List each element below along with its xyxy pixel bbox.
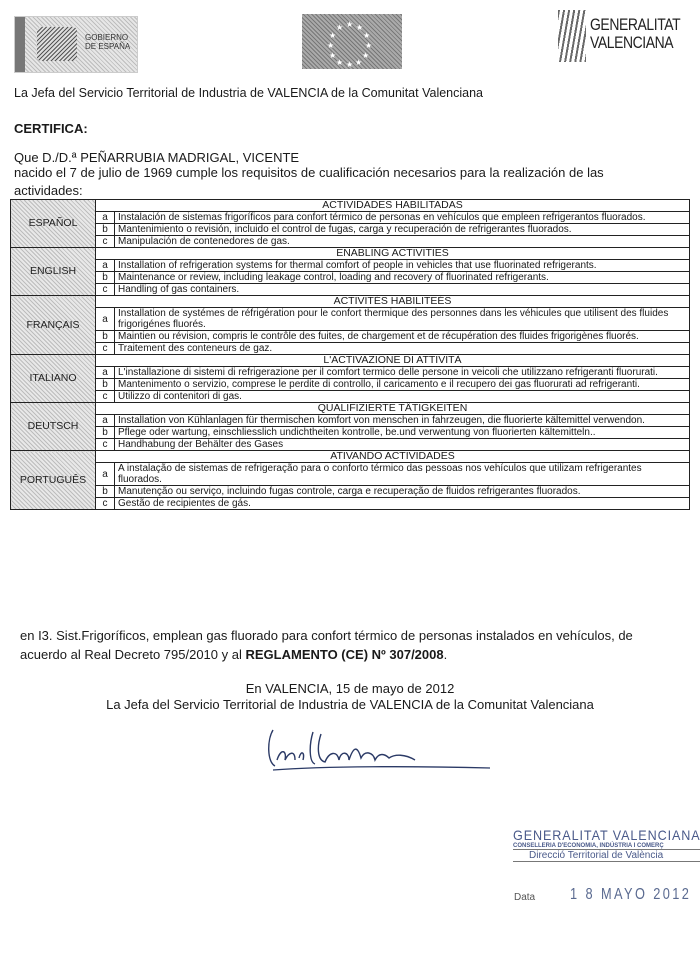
logo-bar xyxy=(15,17,25,72)
section-heading: ENABLING ACTIVITIES xyxy=(96,248,690,260)
holder-line: Que D./D.ª PEÑARRUBIA MADRIGAL, VICENTE xyxy=(14,150,299,165)
section-heading-row: ENGLISHENABLING ACTIVITIES xyxy=(11,248,690,260)
item-text: Instalación de sistemas frigoríficos par… xyxy=(115,212,690,224)
item-text: Gestão de recipientes de gás. xyxy=(115,498,690,510)
section-heading: ACTIVIDADES HABILITADAS xyxy=(96,200,690,212)
item-text: Mantenimiento o revisión, incluido el co… xyxy=(115,224,690,236)
table-row: cHandhabung der Behälter des Gases xyxy=(11,439,690,451)
gobierno-line2: DE ESPAÑA xyxy=(85,42,130,51)
table-row: aInstallation von Kühlanlagen für thermi… xyxy=(11,415,690,427)
language-label: ITALIANO xyxy=(11,355,96,403)
item-letter: b xyxy=(96,427,115,439)
eu-stars-icon: ★★ ★★ ★★ ★★ ★★ ★★ xyxy=(330,22,370,62)
item-text: Installation von Kühlanlagen für thermis… xyxy=(115,415,690,427)
date-stamp: 1 8 MAYO 2012 xyxy=(570,886,691,904)
item-text: Utilizzo di contenitori di gas. xyxy=(115,391,690,403)
section-heading-row: DEUTSCHQUALIFIZIERTE TÄTIGKEITEN xyxy=(11,403,690,415)
item-letter: c xyxy=(96,284,115,296)
language-label: PORTUGUÊS xyxy=(11,451,96,510)
table-row: cUtilizzo di contenitori di gas. xyxy=(11,391,690,403)
item-letter: c xyxy=(96,343,115,355)
official-stamp: GENERALITAT VALENCIANA CONSELLERIA D'ECO… xyxy=(513,827,700,862)
table-row: cHandling of gas containers. xyxy=(11,284,690,296)
language-label: FRANÇAIS xyxy=(11,296,96,355)
table-row: cManipulación de contenedores de gas. xyxy=(11,236,690,248)
item-text: Traitement des conteneurs de gaz. xyxy=(115,343,690,355)
generalitat-valenciana-logo: GENERALITAT VALENCIANA xyxy=(558,10,688,65)
generalitat-line1: GENERALITAT xyxy=(590,16,680,34)
language-label: ESPAÑOL xyxy=(11,200,96,248)
item-letter: a xyxy=(96,260,115,272)
item-letter: b xyxy=(96,331,115,343)
table-row: aInstallation de systémes de réfrigérati… xyxy=(11,308,690,331)
table-row: bManutenção ou serviço, incluindo fugas … xyxy=(11,486,690,498)
table-row: aA instalação de sistemas de refrigeraçã… xyxy=(11,463,690,486)
place-date: En VALENCIA, 15 de mayo de 2012 xyxy=(0,681,700,696)
eu-flag-logo: ★★ ★★ ★★ ★★ ★★ ★★ xyxy=(302,14,402,69)
stamp-office: Direcció Territorial de València xyxy=(513,849,700,862)
item-letter: a xyxy=(96,367,115,379)
certifica-heading: CERTIFICA: xyxy=(14,121,88,136)
item-letter: c xyxy=(96,391,115,403)
item-letter: b xyxy=(96,272,115,284)
item-letter: b xyxy=(96,224,115,236)
item-letter: c xyxy=(96,236,115,248)
issuer-line: La Jefa del Servicio Territorial de Indu… xyxy=(14,86,483,100)
item-text: Maintenance or review, including leakage… xyxy=(115,272,690,284)
section-heading: QUALIFIZIERTE TÄTIGKEITEN xyxy=(96,403,690,415)
signature xyxy=(265,710,495,775)
table-row: bMaintien ou révision, compris le contrô… xyxy=(11,331,690,343)
item-letter: b xyxy=(96,379,115,391)
item-text: Installation de systémes de réfrigératio… xyxy=(115,308,690,331)
item-letter: b xyxy=(96,486,115,498)
item-letter: c xyxy=(96,439,115,451)
table-row: cTraitement des conteneurs de gaz. xyxy=(11,343,690,355)
table-row: bMaintenance or review, including leakag… xyxy=(11,272,690,284)
table-row: bMantenimento o servizio, comprese le pe… xyxy=(11,379,690,391)
item-letter: a xyxy=(96,463,115,486)
date-label: Data xyxy=(514,892,535,903)
item-text: L'installazione di sistemi di refrigeraz… xyxy=(115,367,690,379)
item-text: Handhabung der Behälter des Gases xyxy=(115,439,690,451)
section-heading: L'ACTIVAZIONE DI ATTIVITÀ xyxy=(96,355,690,367)
gobierno-line1: GOBIERNO xyxy=(85,33,130,42)
section-heading-row: PORTUGUÊSATIVANDO ACTIVIDADES xyxy=(11,451,690,463)
gobierno-de-espana-logo: GOBIERNO DE ESPAÑA xyxy=(14,16,138,73)
item-text: Manutenção ou serviço, incluindo fugas c… xyxy=(115,486,690,498)
table-row: bMantenimiento o revisión, incluido el c… xyxy=(11,224,690,236)
item-letter: a xyxy=(96,212,115,224)
table-row: aL'installazione di sistemi di refrigera… xyxy=(11,367,690,379)
item-text: Mantenimento o servizio, comprese le per… xyxy=(115,379,690,391)
language-label: DEUTSCH xyxy=(11,403,96,451)
section-heading: ATIVANDO ACTIVIDADES xyxy=(96,451,690,463)
activities-table: ESPAÑOLACTIVIDADES HABILITADASaInstalaci… xyxy=(10,199,690,510)
item-letter: c xyxy=(96,498,115,510)
activities-label: actividades: xyxy=(14,183,83,198)
section-heading-row: ESPAÑOLACTIVIDADES HABILITADAS xyxy=(11,200,690,212)
stamp-title: GENERALITAT VALENCIANA xyxy=(513,827,684,843)
regulation-reference: REGLAMENTO (CE) Nº 307/2008 xyxy=(245,647,443,662)
coat-of-arms-icon xyxy=(37,27,77,61)
item-text: Installation of refrigeration systems fo… xyxy=(115,260,690,272)
item-letter: a xyxy=(96,415,115,427)
section-heading-row: ITALIANOL'ACTIVAZIONE DI ATTIVITÀ xyxy=(11,355,690,367)
item-text: Maintien ou révision, compris le contrôl… xyxy=(115,331,690,343)
closing-line2: acuerdo al Real Decreto 795/2010 y al RE… xyxy=(20,647,447,662)
section-heading-row: FRANÇAISACTIVITÉS HABILITEÉS xyxy=(11,296,690,308)
generalitat-line2: VALENCIANA xyxy=(590,34,680,52)
table-row: cGestão de recipientes de gás. xyxy=(11,498,690,510)
table-row: aInstalación de sistemas frigoríficos pa… xyxy=(11,212,690,224)
table-row: bPflege oder wartung, einschliesslich un… xyxy=(11,427,690,439)
table-row: aInstallation of refrigeration systems f… xyxy=(11,260,690,272)
language-label: ENGLISH xyxy=(11,248,96,296)
generalitat-emblem-icon xyxy=(558,10,586,62)
item-text: Pflege oder wartung, einschliesslich und… xyxy=(115,427,690,439)
item-text: A instalação de sistemas de refrigeração… xyxy=(115,463,690,486)
generalitat-logo-text: GENERALITAT VALENCIANA xyxy=(590,16,680,52)
section-heading: ACTIVITÉS HABILITEÉS xyxy=(96,296,690,308)
item-text: Handling of gas containers. xyxy=(115,284,690,296)
closing-prefix: acuerdo al Real Decreto 795/2010 y al xyxy=(20,647,245,662)
closing-suffix: . xyxy=(444,647,448,662)
birth-line: nacido el 7 de julio de 1969 cumple los … xyxy=(14,165,604,180)
item-text: Manipulación de contenedores de gas. xyxy=(115,236,690,248)
item-letter: a xyxy=(96,308,115,331)
gobierno-logo-text: GOBIERNO DE ESPAÑA xyxy=(85,33,130,51)
closing-line1: en I3. Sist.Frigoríficos, emplean gas fl… xyxy=(20,628,633,643)
